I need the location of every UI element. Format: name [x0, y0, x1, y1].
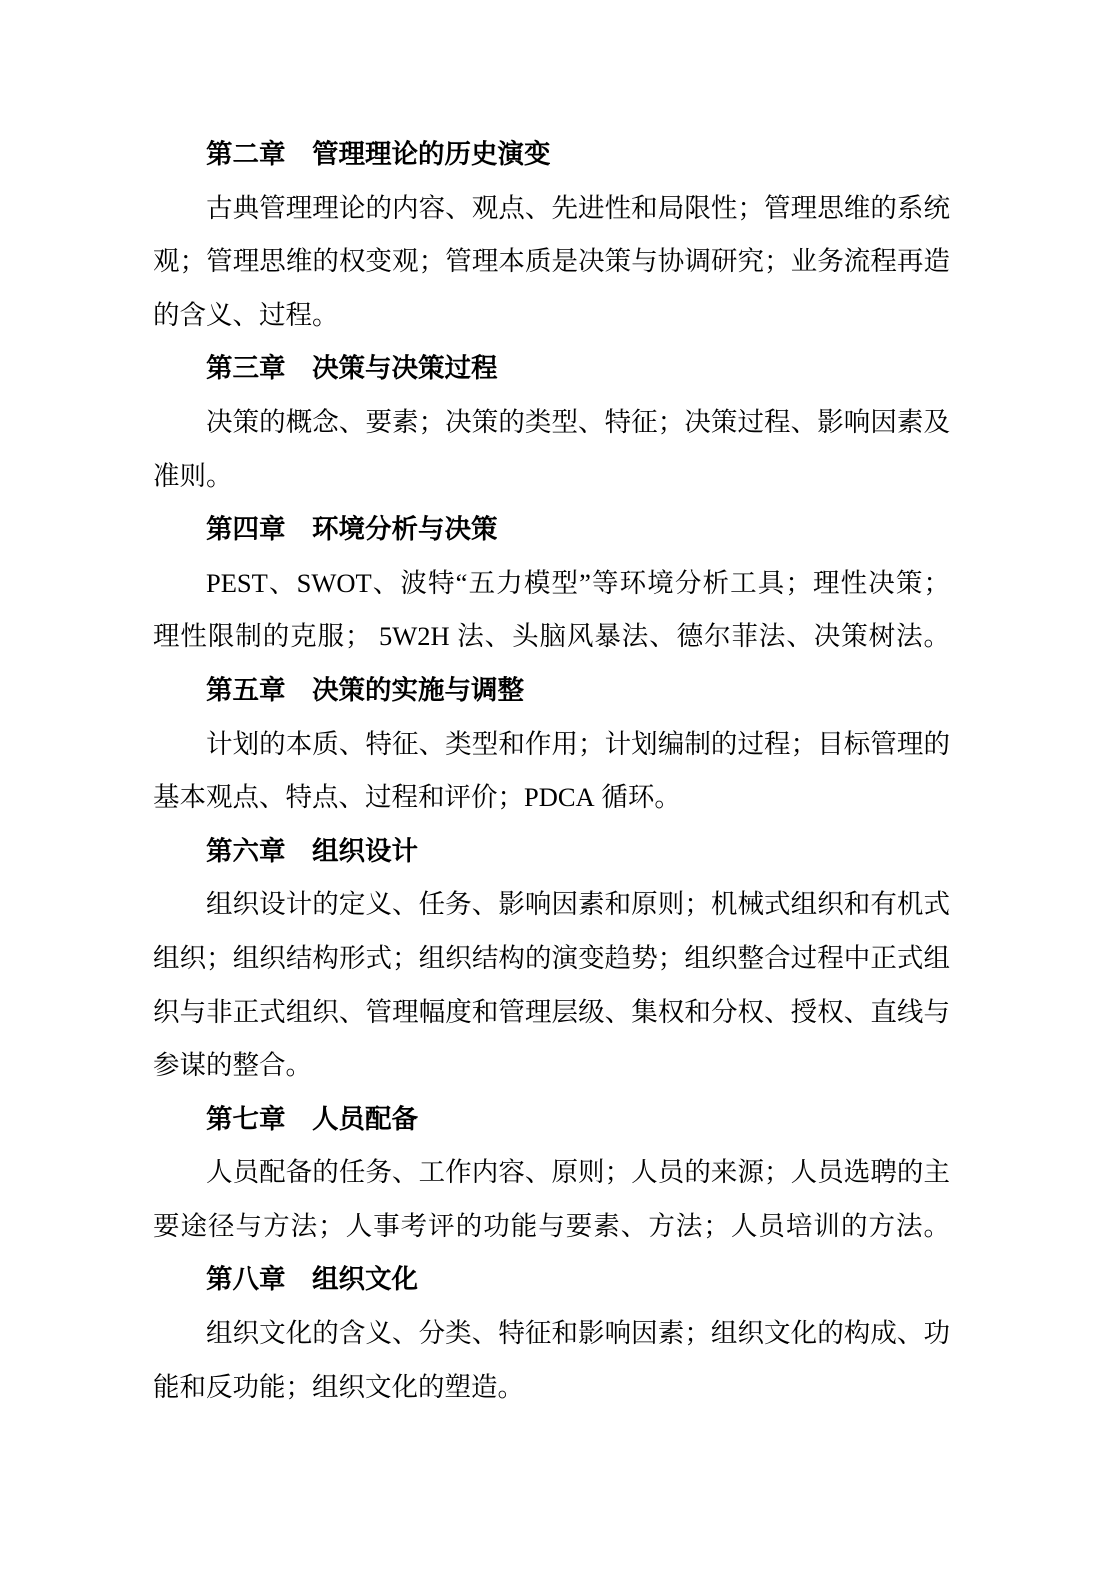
body-text-line: 准则。 [153, 450, 950, 504]
chapter-heading: 第三章 决策与决策过程 [153, 342, 950, 396]
document-page: 第二章 管理理论的历史演变古典管理理论的内容、观点、先进性和局限性；管理思维的系… [0, 0, 1094, 1576]
body-text-line: 组织；组织结构形式；组织结构的演变趋势；组织整合过程中正式组 [153, 932, 950, 986]
chapter-heading: 第二章 管理理论的历史演变 [153, 128, 950, 182]
body-text-line: 观；管理思维的权变观；管理本质是决策与协调研究；业务流程再造 [153, 235, 950, 289]
body-text-line: 基本观点、特点、过程和评价；PDCA 循环。 [153, 771, 950, 825]
chapter-heading: 第五章 决策的实施与调整 [153, 664, 950, 718]
chapter-heading: 第四章 环境分析与决策 [153, 503, 950, 557]
body-text-line: 能和反功能；组织文化的塑造。 [153, 1361, 950, 1415]
body-text-line: 织与非正式组织、管理幅度和管理层级、集权和分权、授权、直线与 [153, 986, 950, 1040]
chapter-heading: 第七章 人员配备 [153, 1093, 950, 1147]
chapter-heading: 第八章 组织文化 [153, 1253, 950, 1307]
body-text-line: 参谋的整合。 [153, 1039, 950, 1093]
body-text-line: 理性限制的克服； 5W2H 法、头脑风暴法、德尔菲法、决策树法。 [153, 610, 950, 664]
body-text-line: 古典管理理论的内容、观点、先进性和局限性；管理思维的系统 [153, 182, 950, 236]
document-body: 第二章 管理理论的历史演变古典管理理论的内容、观点、先进性和局限性；管理思维的系… [153, 128, 950, 1414]
chapter-heading: 第六章 组织设计 [153, 825, 950, 879]
body-text-line: 的含义、过程。 [153, 289, 950, 343]
body-text-line: 人员配备的任务、工作内容、原则；人员的来源；人员选聘的主 [153, 1146, 950, 1200]
body-text-line: PEST、SWOT、波特“五力模型”等环境分析工具；理性决策； [153, 557, 950, 611]
body-text-line: 要途径与方法；人事考评的功能与要素、方法；人员培训的方法。 [153, 1200, 950, 1254]
body-text-line: 组织设计的定义、任务、影响因素和原则；机械式组织和有机式 [153, 878, 950, 932]
body-text-line: 组织文化的含义、分类、特征和影响因素；组织文化的构成、功 [153, 1307, 950, 1361]
body-text-line: 计划的本质、特征、类型和作用；计划编制的过程；目标管理的 [153, 718, 950, 772]
body-text-line: 决策的概念、要素；决策的类型、特征；决策过程、影响因素及 [153, 396, 950, 450]
